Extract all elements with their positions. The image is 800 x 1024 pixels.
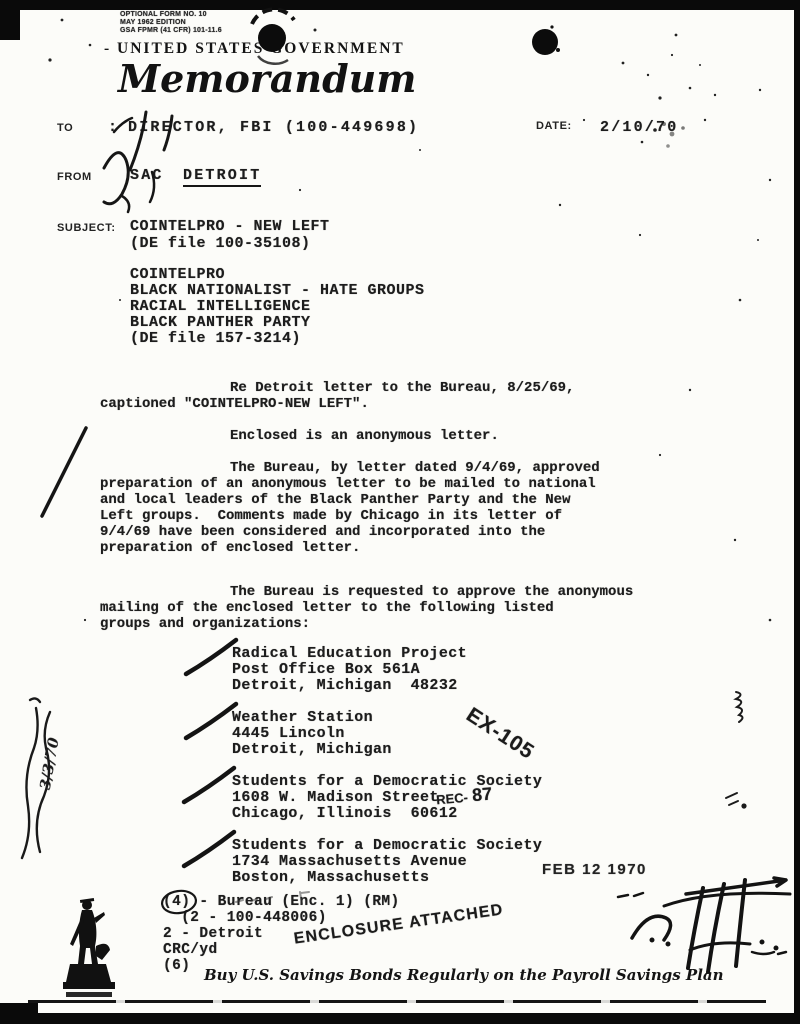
body-line: and local leaders of the Black Panther P…: [100, 492, 620, 508]
addressee-line: 4445 Lincoln: [232, 726, 392, 742]
subject-caption-block: COINTELPRO BLACK NATIONALIST - HATE GROU…: [130, 267, 425, 347]
body-line: captioned "COINTELPRO-NEW LEFT".: [100, 396, 620, 412]
subject-file-number: (DE file 100-35108): [130, 236, 311, 252]
to-label: TO: [57, 122, 73, 134]
addressee-line: Chicago, Illinois 60612: [232, 806, 542, 822]
approval-signature-scribble: [618, 878, 790, 972]
minuteman-statue-icon: [58, 896, 120, 998]
addressee-radical-education-project: Radical Education Project Post Office Bo…: [232, 646, 467, 694]
body-line: mailing of the enclosed letter to the fo…: [100, 600, 620, 616]
body-paragraph-request: The Bureau is requested to approve the a…: [100, 584, 620, 632]
caption-line: BLACK NATIONALIST - HATE GROUPS: [130, 283, 425, 299]
body-paragraph-enclosed: Enclosed is an anonymous letter.: [230, 428, 499, 444]
addressee-sds-boston: Students for a Democratic Society 1734 M…: [232, 838, 542, 886]
addressee-sds-chicago: Students for a Democratic Society 1608 W…: [232, 774, 542, 822]
cc-line: (4) - Bureau (Enc. 1) (RM): [163, 894, 400, 910]
body-paragraph-approval: The Bureau, by letter dated 9/4/69, appr…: [100, 460, 620, 556]
scan-edge-topleft: [0, 0, 20, 40]
body-line: preparation of enclosed letter.: [100, 540, 620, 556]
body-line: The Bureau, by letter dated 9/4/69, appr…: [100, 460, 620, 476]
to-value: DIRECTOR, FBI (100-449698): [128, 119, 419, 136]
addressee-line: Detroit, Michigan 48232: [232, 678, 467, 694]
rec-stamp-number: 87: [471, 784, 493, 806]
from-office: DETROIT: [183, 167, 261, 187]
cc-line: (2 - 100-448006): [163, 910, 400, 926]
ink-blob-top-right: [532, 25, 560, 55]
addressee-weather-station: Weather Station 4445 Lincoln Detroit, Mi…: [232, 710, 392, 758]
addressee-line: Students for a Democratic Society: [232, 838, 542, 854]
memorandum-title: Memorandum: [118, 56, 416, 101]
from-value: SAC: [130, 167, 164, 184]
date-label: DATE:: [536, 120, 572, 132]
date-received-stamp: FEB 12 1970: [542, 861, 647, 878]
savings-bonds-slogan: Buy U.S. Savings Bonds Regularly on the …: [204, 966, 724, 984]
form-id-line2: MAY 1962 EDITION: [120, 19, 222, 27]
caption-line: RACIAL INTELLIGENCE: [130, 299, 425, 315]
memorandum-scan-page: OPTIONAL FORM NO. 10 MAY 1962 EDITION GS…: [0, 0, 800, 1024]
page-bottom-rule: [28, 1000, 766, 1003]
scan-edge-top: [0, 0, 800, 10]
body-line: The Bureau is requested to approve the a…: [100, 584, 620, 600]
body-line: Left groups. Comments made by Chicago in…: [100, 508, 620, 524]
form-id-line3: GSA FPMR (41 CFR) 101-11.6: [120, 27, 222, 35]
to-separator: :: [108, 119, 119, 136]
scan-edge-bottomleft: [0, 1003, 38, 1024]
addressee-check-marks: [184, 640, 236, 866]
form-id-line1: OPTIONAL FORM NO. 10: [120, 11, 222, 19]
addressee-line: 1608 W. Madison Street: [232, 790, 542, 806]
addressee-line: Radical Education Project: [232, 646, 467, 662]
subject-title: COINTELPRO - NEW LEFT: [130, 219, 330, 235]
from-label: FROM: [57, 171, 92, 183]
cc-line: 2 - Detroit: [163, 926, 400, 942]
ex-105-stamp: EX-105: [462, 703, 539, 765]
subject-label: SUBJECT:: [57, 222, 116, 234]
right-margin-scribbles: [726, 692, 746, 808]
body-line: 9/4/69 have been considered and incorpor…: [100, 524, 620, 540]
cc-line: CRC/yd: [163, 942, 400, 958]
addressee-line: Students for a Democratic Society: [232, 774, 542, 790]
addressee-line: Detroit, Michigan: [232, 742, 392, 758]
body-line: preparation of an anonymous letter to be…: [100, 476, 620, 492]
date-value: 2/10/70: [600, 119, 678, 136]
scan-edge-bottom: [0, 1013, 800, 1024]
scan-edge-right: [794, 0, 800, 1024]
form-id-block: OPTIONAL FORM NO. 10 MAY 1962 EDITION GS…: [120, 11, 222, 35]
margin-note-date: 3/3/70: [36, 736, 63, 791]
rec-stamp-prefix: REC-: [436, 790, 469, 808]
addressee-line: Boston, Massachusetts: [232, 870, 542, 886]
caption-line: (DE file 157-3214): [130, 331, 425, 347]
body-paragraph-re: Re Detroit letter to the Bureau, 8/25/69…: [100, 380, 620, 412]
body-line: Re Detroit letter to the Bureau, 8/25/69…: [100, 380, 620, 396]
margin-slash-mark: [42, 428, 86, 516]
body-line: groups and organizations:: [100, 616, 620, 632]
addressee-line: 1734 Massachusetts Avenue: [232, 854, 542, 870]
cc-distribution-block: (4) - Bureau (Enc. 1) (RM) (2 - 100-4480…: [163, 894, 400, 974]
addressee-line: Post Office Box 561A: [232, 662, 467, 678]
caption-line: COINTELPRO: [130, 267, 425, 283]
caption-line: BLACK PANTHER PARTY: [130, 315, 425, 331]
addressee-line: Weather Station: [232, 710, 392, 726]
